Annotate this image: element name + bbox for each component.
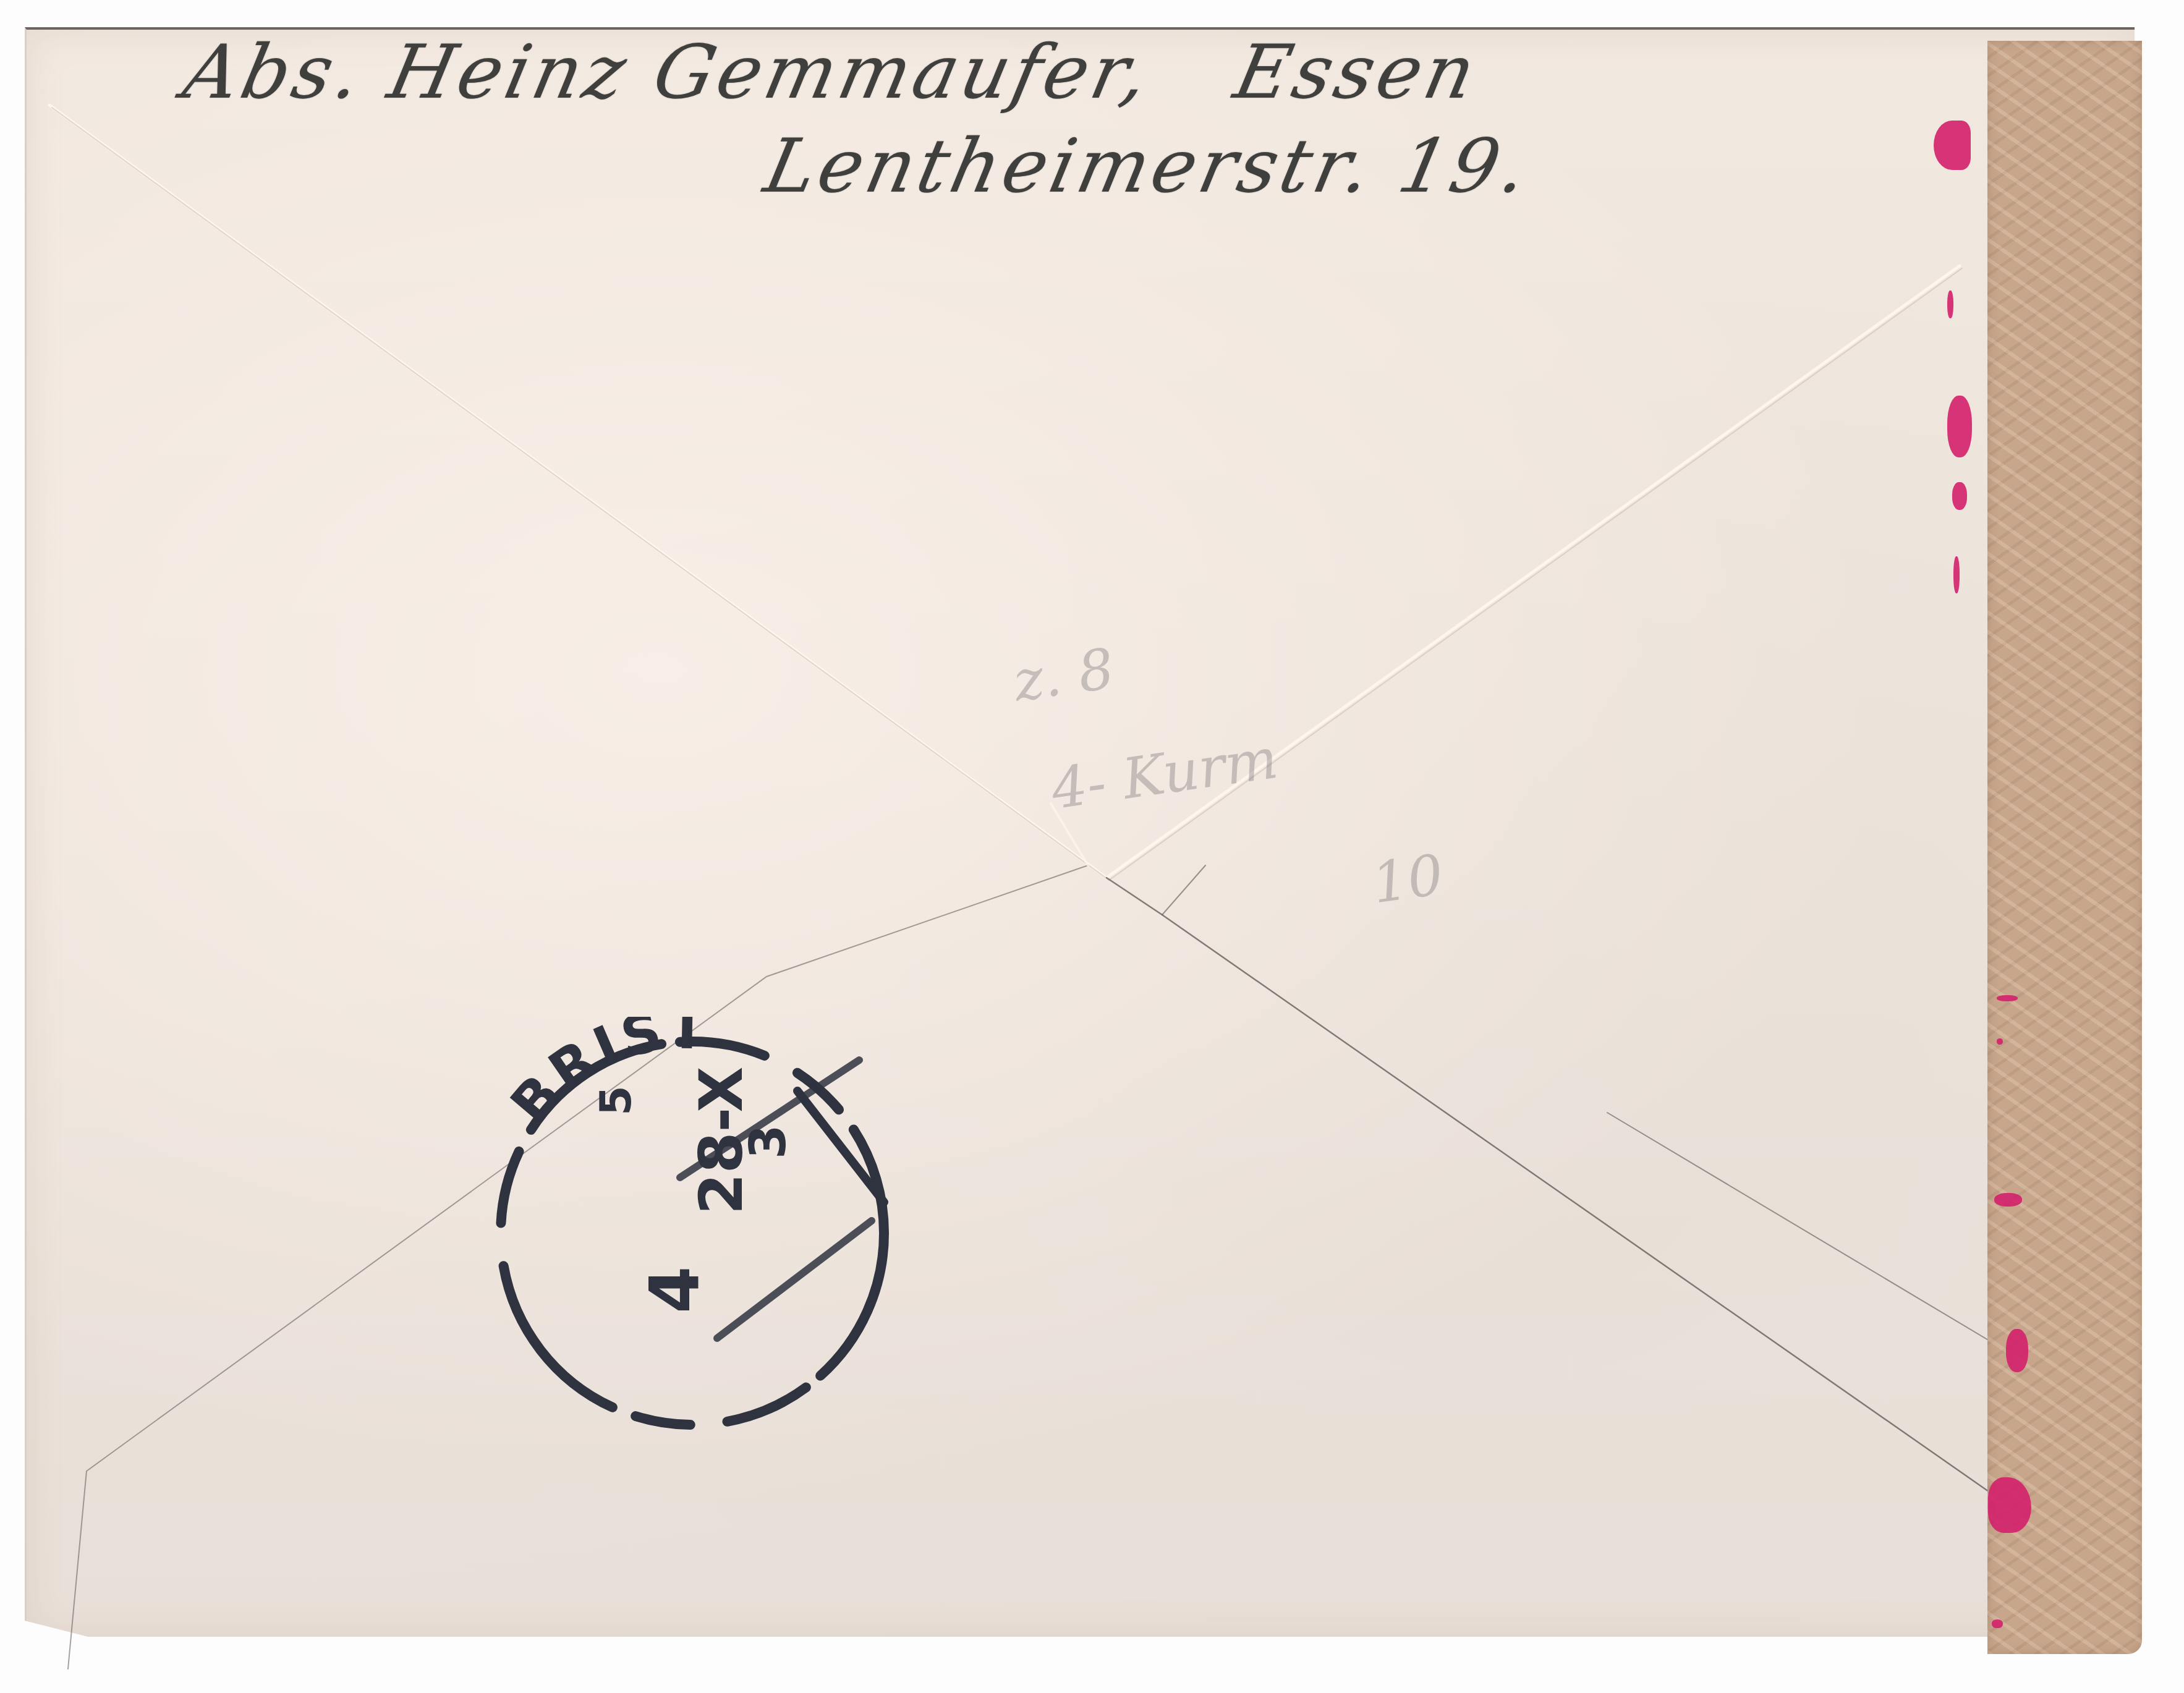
censor-ink-mark bbox=[1997, 1038, 2003, 1045]
svg-text:3: 3 bbox=[739, 1124, 797, 1159]
censor-ink-mark bbox=[1947, 291, 1953, 318]
postmark-time-code: 4 bbox=[635, 1266, 715, 1313]
censor-ink-mark bbox=[1994, 1193, 2022, 1207]
pencil-note-1: z. 8 bbox=[1009, 636, 1118, 715]
svg-text:5: 5 bbox=[590, 1085, 641, 1116]
censor-ink-mark bbox=[1947, 396, 1972, 457]
censor-tape bbox=[1987, 41, 2142, 1654]
sender-prefix: Abs. bbox=[176, 30, 372, 116]
bristol-postmark: BRISTOL 28-X 4 3 5 bbox=[476, 1017, 909, 1449]
censor-ink-mark bbox=[1934, 121, 1971, 170]
envelope-back bbox=[25, 27, 2135, 1637]
censor-ink-mark bbox=[1992, 1619, 2003, 1628]
censor-ink-mark bbox=[1953, 556, 1960, 593]
pencil-note-3: 10 bbox=[1368, 842, 1447, 917]
sender-street: Lentheimerstr. 19. bbox=[757, 124, 1539, 210]
censor-ink-mark bbox=[1952, 482, 1967, 510]
censor-ink-mark bbox=[2006, 1329, 2028, 1372]
sender-name-line: Abs. Heinz Gemmaufer, bbox=[176, 30, 1160, 116]
sender-name: Heinz Gemmaufer, bbox=[381, 30, 1160, 116]
censor-ink-mark bbox=[1997, 995, 2018, 1001]
sender-city: Essen bbox=[1227, 30, 1486, 116]
